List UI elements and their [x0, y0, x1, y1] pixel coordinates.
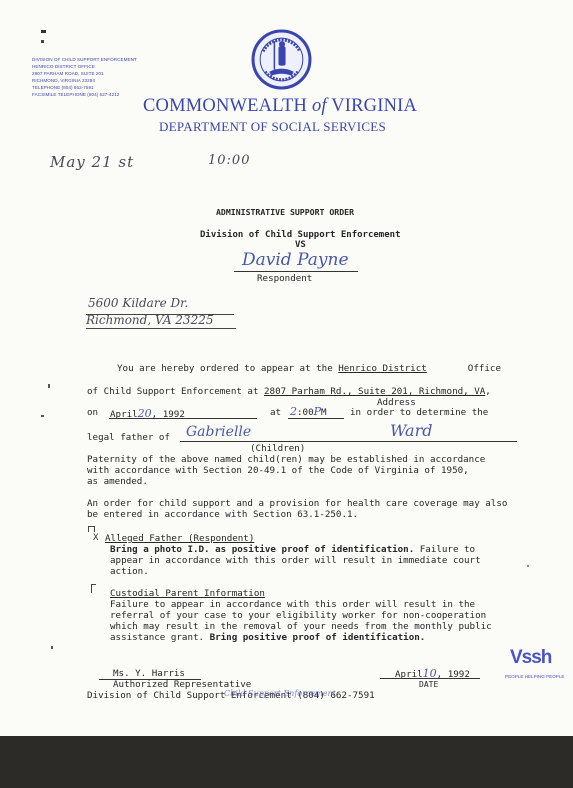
state-seal-icon — [251, 29, 312, 90]
time-m: M — [321, 407, 327, 418]
support-line: be entered in accordance with Section 63… — [87, 509, 507, 520]
time-underline — [288, 418, 344, 419]
stamp-overlay: Child Support Enforcement — [224, 689, 336, 698]
order-title: ADMINISTRATIVE SUPPORT ORDER — [216, 207, 354, 217]
office-line: 2807 PARHAM ROAD, SUITE 201 — [32, 70, 137, 77]
margin-mark — [41, 40, 44, 43]
margin-mark — [41, 30, 46, 33]
representative-name: Ms. Y. Harris — [113, 668, 185, 679]
time-minutes: :00 — [297, 407, 314, 418]
office-line: TELEPHONE (804) 662-7591 — [32, 84, 137, 91]
paternity-line: with accordance with Section 20-49.1 of … — [87, 465, 485, 476]
paternity-line: as amended. — [87, 476, 485, 487]
custodial-bold-text: Bring positive proof of identification. — [210, 632, 426, 643]
checkbox-custodial-parent[interactable] — [91, 584, 96, 593]
office-line: FACSIMILE TELEPHONE (804) 527-4212 — [32, 91, 137, 98]
handwritten-date: May 21 st — [50, 153, 134, 171]
division-name: Division of Child Support Enforcement — [200, 230, 400, 240]
time-ampm-handwritten: P — [314, 405, 321, 418]
custodial-parent-instructions: Failure to appear in accordance with thi… — [110, 599, 492, 643]
logo-tagline: PEOPLE HELPING PEOPLE — [505, 674, 565, 679]
margin-mark — [41, 415, 44, 417]
date-underline — [109, 418, 257, 419]
respondent-address-line1: 5600 Kildare Dr. — [88, 296, 188, 310]
child-last-name-handwritten: Ward — [390, 421, 432, 440]
instruction-line: assistance grant. — [110, 632, 210, 643]
respondent-label: Respondent — [257, 273, 312, 284]
checkbox-check-mark: X — [93, 533, 98, 543]
address-underline — [86, 328, 236, 329]
checkbox-alleged-father[interactable] — [88, 526, 95, 532]
respondent-name-handwritten: David Payne — [242, 250, 349, 270]
paternity-line: Paternity of the above named child(ren) … — [87, 454, 485, 465]
instruction-line: Failure to — [414, 544, 475, 555]
vssh-logo: Vssh — [510, 647, 551, 669]
appear-suffix: Office — [462, 363, 501, 374]
commonwealth-title: COMMONWEALTH of VIRGINIA — [143, 96, 417, 117]
instruction-line: appear in accordance with this order wil… — [110, 555, 481, 566]
determine-text: in order to determine the — [350, 407, 488, 418]
legal-father-label: legal father of — [87, 432, 170, 443]
appear-prefix: You are hereby ordered to appear at the — [117, 363, 338, 374]
office-line: DIVISION OF CHILD SUPPORT ENFORCEMENT — [32, 56, 137, 63]
respondent-underline — [234, 271, 358, 272]
handwritten-time: 10:00 — [208, 153, 250, 168]
margin-mark — [527, 565, 529, 567]
children-underline — [180, 441, 517, 442]
time-hour-handwritten: 2 — [290, 405, 297, 418]
margin-mark — [48, 384, 50, 388]
hearing-time-field: 2:00PM — [290, 405, 327, 418]
alleged-father-heading: Alleged Father (Respondent) — [105, 533, 254, 544]
office-address-field: 2807 Parham Rd., Suite 201, Richmond, VA — [264, 386, 485, 397]
custodial-parent-heading: Custodial Parent Information — [110, 588, 265, 599]
support-paragraph: An order for child support and a provisi… — [87, 498, 507, 520]
on-label: on — [87, 407, 98, 418]
at-label: at — [270, 407, 281, 418]
respondent-address-line2: Richmond, VA 23225 — [86, 313, 213, 327]
child-first-name-handwritten: Gabrielle — [186, 424, 251, 440]
scanner-background — [0, 736, 573, 788]
alleged-father-bold-text: Bring a photo I.D. as positive proof of … — [110, 544, 414, 555]
children-label: (Children) — [250, 443, 305, 454]
office-name-field: Henrico District — [338, 363, 462, 374]
margin-mark — [51, 646, 53, 649]
paternity-paragraph: Paternity of the above named child(ren) … — [87, 454, 485, 487]
instruction-line: action. — [110, 566, 481, 577]
enforcement-prefix: of Child Support Enforcement at — [87, 386, 264, 397]
office-address-block: DIVISION OF CHILD SUPPORT ENFORCEMENT HE… — [32, 56, 137, 99]
date-label: DATE — [419, 680, 438, 689]
instruction-line: which may result in the removal of your … — [110, 621, 492, 632]
date-underline — [380, 678, 480, 679]
office-line: RICHMOND, VIRGINIA 23294 — [32, 77, 137, 84]
office-line: HENRICO DISTRICT OFFICE — [32, 63, 137, 70]
appear-sentence: You are hereby ordered to appear at the … — [117, 363, 501, 374]
versus-label: VS — [295, 240, 306, 250]
instruction-line: referral of your case to your eligibilit… — [110, 610, 492, 621]
alleged-father-instructions: Bring a photo I.D. as positive proof of … — [110, 544, 481, 577]
instruction-line: Failure to appear in accordance with thi… — [110, 599, 492, 610]
document-page: DIVISION OF CHILD SUPPORT ENFORCEMENT HE… — [0, 0, 573, 736]
comma: , — [485, 386, 491, 397]
enforcement-sentence: of Child Support Enforcement at 2807 Par… — [87, 386, 491, 397]
department-title: DEPARTMENT OF SOCIAL SERVICES — [159, 119, 386, 135]
support-line: An order for child support and a provisi… — [87, 498, 507, 509]
